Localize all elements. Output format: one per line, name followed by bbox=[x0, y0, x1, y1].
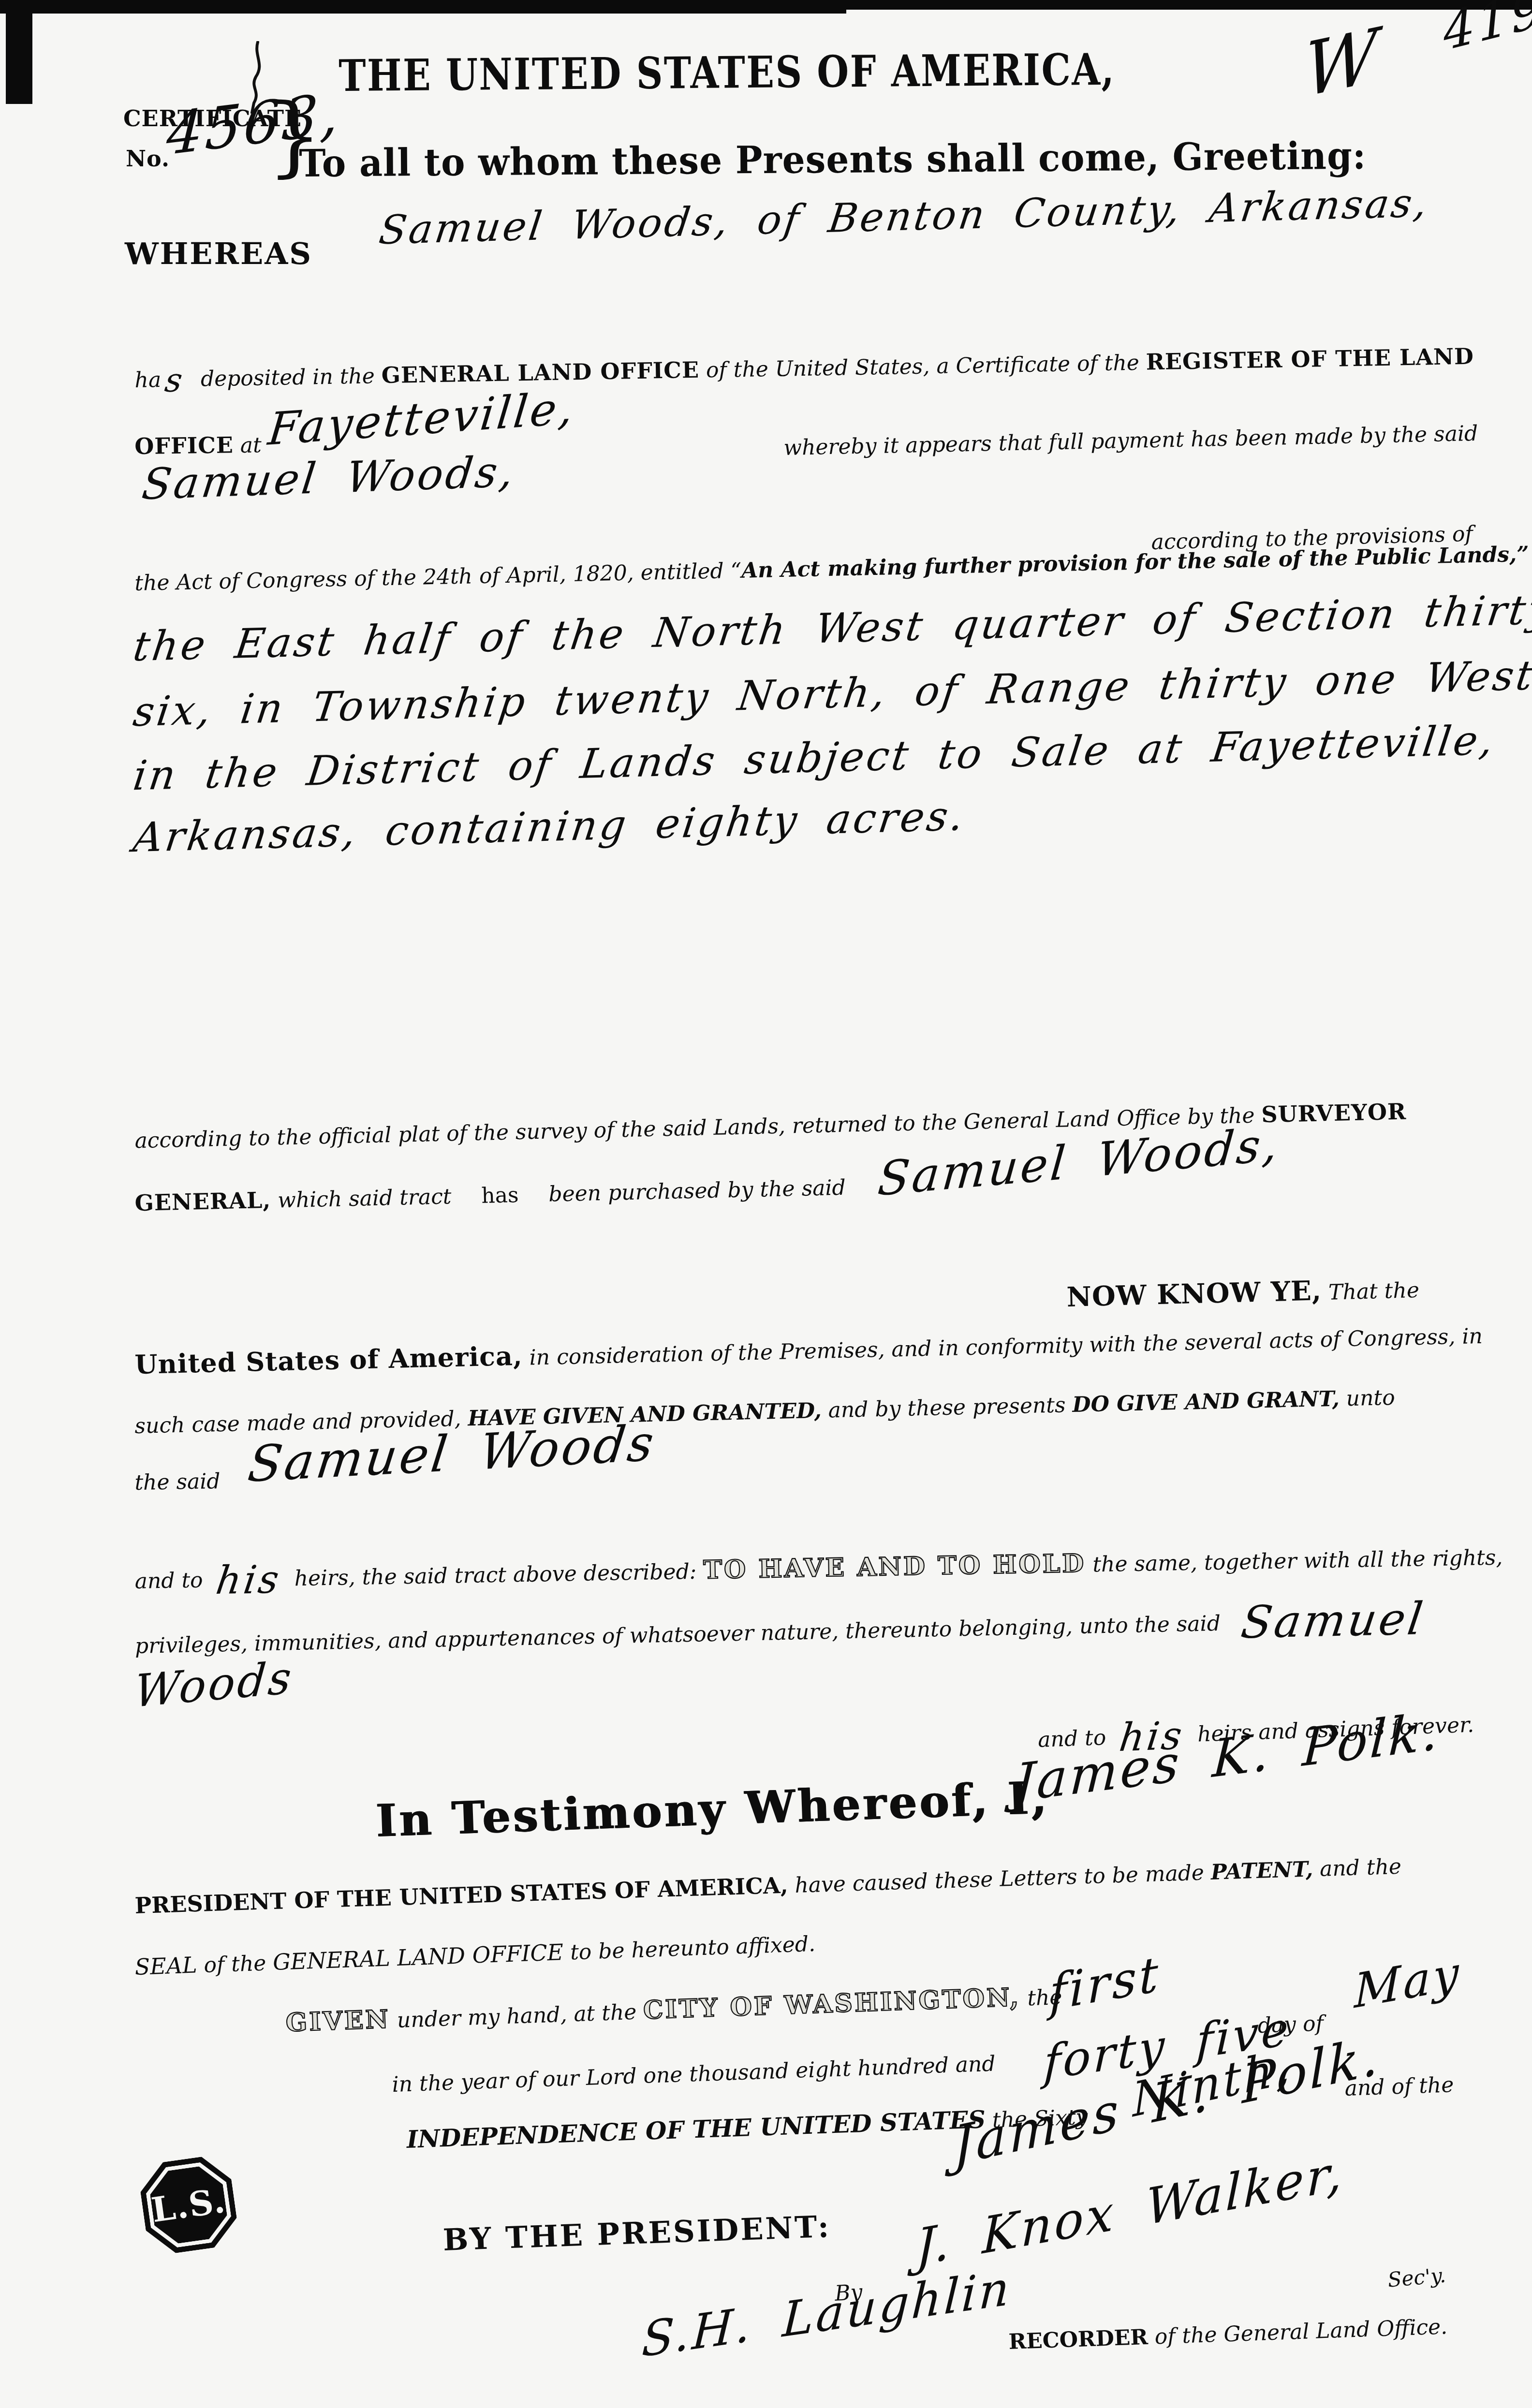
whereby-clause: whereby it appears that full payment has… bbox=[783, 423, 1478, 459]
deposit-ha: ha bbox=[134, 367, 161, 393]
whereas-label: WHEREAS bbox=[125, 239, 312, 269]
heirs-tract: heirs, the said tract above described: bbox=[287, 1559, 704, 1591]
deposit-line-1: has deposited in the GENERAL LAND OFFICE… bbox=[134, 342, 1474, 398]
act-pre: the Act of Congress of the 24th of April… bbox=[134, 558, 742, 596]
caused: have caused these Letters to be made bbox=[788, 1860, 1211, 1898]
deposit-register: REGISTER OF THE LAND bbox=[1146, 343, 1474, 375]
under-hand: under my hand, at the bbox=[390, 1999, 644, 2033]
ls-seal-text: L.S. bbox=[137, 2153, 241, 2257]
plat-general: GENERAL, bbox=[134, 1187, 271, 1216]
same-rights: the same, together with all the rights, bbox=[1086, 1545, 1503, 1577]
habendum-line: and to his heirs, the said tract above d… bbox=[134, 1539, 1503, 1601]
such-case-line: such case made and provided, HAVE GIVEN … bbox=[134, 1387, 1395, 1437]
plat-line-2: GENERAL, which said tract has been purch… bbox=[134, 1176, 846, 1215]
and-the: and the bbox=[1312, 1854, 1401, 1882]
recorder-line: RECORDER of the General Land Office. bbox=[1008, 2316, 1448, 2353]
seal-glo: GENERAL LAND OFFICE bbox=[272, 1939, 564, 1975]
year-line: in the year of our Lord one thousand eig… bbox=[392, 2053, 996, 2096]
plat-surveyor: SURVEYOR bbox=[1261, 1098, 1407, 1128]
secretary-title: Sec'y. bbox=[1387, 2265, 1446, 2291]
page-number-annotation: 419 bbox=[1441, 0, 1532, 59]
the-said-label: the said bbox=[134, 1471, 221, 1494]
given-ornate: GIVEN bbox=[285, 2004, 391, 2038]
land-patent-document: 419 W CERTIFICATE No. 4563, } THE UNITED… bbox=[0, 0, 1532, 2408]
act-title: An Act making further provision for the … bbox=[741, 542, 1530, 583]
land-office-place: Fayetteville, bbox=[266, 386, 577, 452]
recorder-signature: S.H. Laughlin bbox=[641, 2264, 1013, 2364]
deposit-of-the-us: of the United States, a Certificate of t… bbox=[699, 350, 1147, 382]
seal-caps: SEAL bbox=[134, 1952, 198, 1980]
plat-has: has bbox=[481, 1183, 519, 1208]
independence-caps: INDEPENDENCE OF THE UNITED STATES bbox=[406, 2105, 986, 2154]
certificate-no-label: No. bbox=[126, 147, 170, 170]
clerk-mark-annotation: W bbox=[1303, 18, 1381, 109]
document-title: THE UNITED STATES OF AMERICA, bbox=[339, 48, 1116, 98]
privileges: privileges, immunities, and appurtenance… bbox=[134, 1611, 1227, 1659]
deposit-s-handwritten: s bbox=[162, 364, 186, 397]
land-description-1: the East half of the North West quarter … bbox=[131, 589, 1532, 667]
habendum-ornate: TO HAVE AND TO HOLD bbox=[703, 1549, 1086, 1585]
land-description-3: in the District of Lands subject to Sale… bbox=[131, 719, 1498, 796]
recorder-caps: RECORDER bbox=[1008, 2325, 1149, 2354]
ls-seal: L.S. bbox=[137, 2153, 241, 2257]
payer-name: Samuel Woods, bbox=[140, 450, 518, 506]
salutation: To all to whom these Presents shall come… bbox=[299, 137, 1366, 183]
office-label: OFFICE bbox=[134, 432, 234, 459]
grantee-last-script: Woods bbox=[133, 1655, 295, 1714]
president-caps: PRESIDENT OF THE UNITED STATES OF AMERIC… bbox=[134, 1872, 788, 1919]
and-to-1: and to bbox=[134, 1568, 210, 1594]
grantee-name-line: Samuel Woods, of Benton County, Arkansas… bbox=[377, 183, 1431, 250]
office-at: at bbox=[234, 433, 262, 458]
presents: and by these presents bbox=[821, 1393, 1073, 1423]
in-testimony-whereof: In Testimony Whereof, I, bbox=[375, 1775, 1049, 1843]
deposit-line-2: OFFICE at bbox=[134, 433, 262, 458]
by-the-president-label: BY THE PRESIDENT: bbox=[442, 2212, 831, 2255]
top-border-bar-thick bbox=[0, 9, 846, 14]
given-line: GIVEN under my hand, at the CITY OF WASH… bbox=[285, 1983, 1062, 2036]
left-border-bar bbox=[6, 0, 32, 104]
month-value: May bbox=[1354, 1949, 1461, 2015]
patent: PATENT, bbox=[1210, 1857, 1313, 1885]
unto: unto bbox=[1339, 1385, 1395, 1411]
now-know-ye-line: NOW KNOW YE, That the bbox=[1066, 1275, 1419, 1311]
top-border-bar bbox=[0, 0, 1532, 10]
usa-bold: United States of America, bbox=[134, 1340, 523, 1380]
plat-which-tract: which said tract bbox=[271, 1184, 458, 1213]
seal-mid: of the bbox=[197, 1951, 273, 1978]
consideration: in consideration of the Premises, and in… bbox=[522, 1324, 1483, 1370]
land-description-4: Arkansas, containing eighty acres. bbox=[131, 795, 968, 858]
seal-line: SEAL of the GENERAL LAND OFFICE to be he… bbox=[134, 1932, 816, 1979]
do-give: DO GIVE AND GRANT, bbox=[1072, 1386, 1340, 1417]
city-of-washington: CITY OF WASHINGTON, bbox=[643, 1982, 1021, 2025]
seal-end: to be hereunto affixed. bbox=[563, 1932, 816, 1965]
grantee-first-script: Samuel bbox=[1238, 1597, 1428, 1645]
privileges-line: privileges, immunities, and appurtenance… bbox=[134, 1597, 1425, 1668]
president-line: PRESIDENT OF THE UNITED STATES OF AMERIC… bbox=[134, 1855, 1402, 1917]
now-know-ye: NOW KNOW YE, bbox=[1066, 1275, 1322, 1313]
recorder-rest: of the General Land Office. bbox=[1148, 2314, 1448, 2349]
act-line: the Act of Congress of the 24th of April… bbox=[134, 543, 1532, 594]
deposit-glo: GENERAL LAND OFFICE bbox=[381, 357, 699, 388]
day-value: first bbox=[1049, 1949, 1161, 2018]
usa-line: United States of America, in considerati… bbox=[134, 1321, 1483, 1378]
plat-purchased: been purchased by the said bbox=[542, 1175, 846, 1207]
his-1: his bbox=[214, 1560, 283, 1600]
deposit-deposited: deposited in the bbox=[194, 364, 382, 392]
that-the: That the bbox=[1322, 1278, 1420, 1305]
act-post: for bbox=[1529, 541, 1532, 567]
